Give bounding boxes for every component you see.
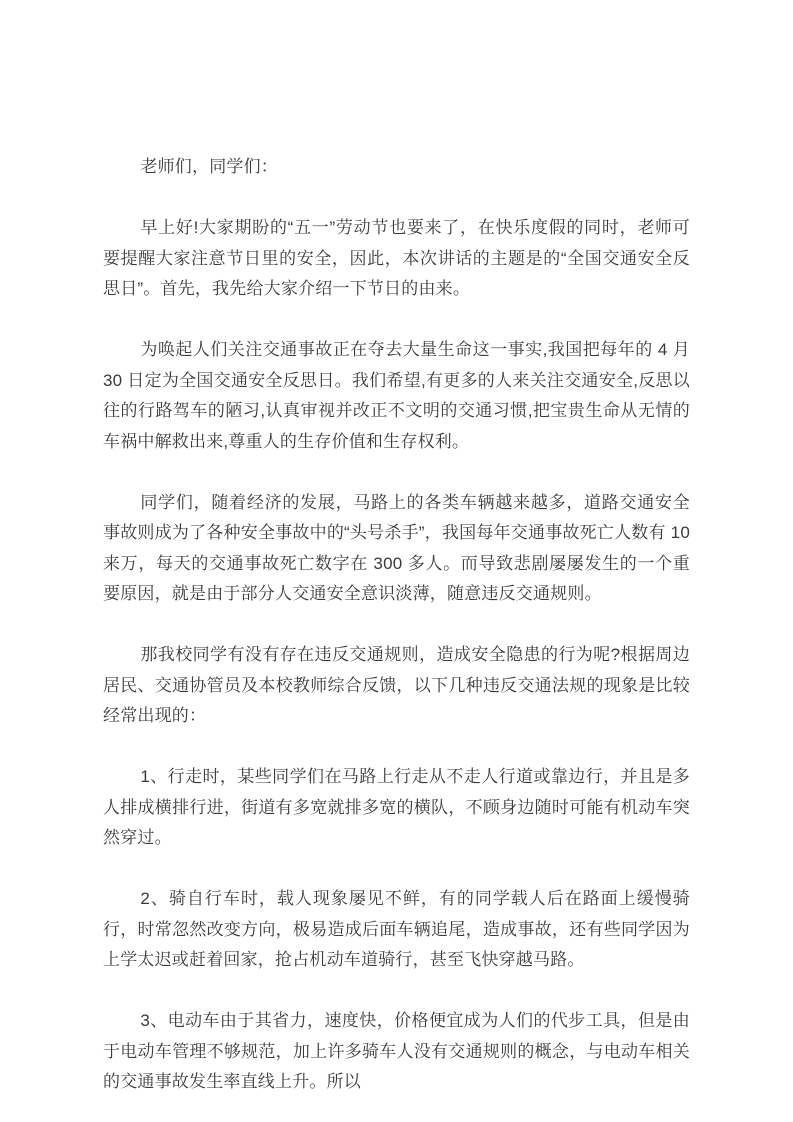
paragraph: 早上好!大家期盼的“五一”劳动节也要来了，在快乐度假的同时，老师可要提醒大家注意… — [103, 213, 690, 305]
document-page: 老师们，同学们： 早上好!大家期盼的“五一”劳动节也要来了，在快乐度假的同时，老… — [0, 0, 793, 1122]
paragraph: 2、骑自行车时，载人现象屡见不鲜，有的同学载人后在路面上缓慢骑行，时常忽然改变方… — [103, 884, 690, 976]
paragraph: 那我校同学有没有存在违反交通规则，造成安全隐患的行为呢?根据周边居民、交通协管员… — [103, 640, 690, 732]
paragraph: 1、行走时，某些同学们在马路上行走从不走人行道或靠边行，并且是多人排成横排行进，… — [103, 762, 690, 854]
salutation: 老师们，同学们： — [103, 152, 690, 183]
paragraph: 同学们，随着经济的发展，马路上的各类车辆越来越多，道路交通安全事故则成为了各种安… — [103, 488, 690, 610]
document-body: 老师们，同学们： 早上好!大家期盼的“五一”劳动节也要来了，在快乐度假的同时，老… — [103, 152, 690, 1098]
paragraph: 3、电动车由于其省力，速度快，价格便宜成为人们的代步工具，但是由于电动车管理不够… — [103, 1006, 690, 1098]
paragraph: 为唤起人们关注交通事故正在夺去大量生命这一事实,我国把每年的 4 月 30 日定… — [103, 335, 690, 457]
paragraphs-container: 早上好!大家期盼的“五一”劳动节也要来了，在快乐度假的同时，老师可要提醒大家注意… — [103, 213, 690, 1098]
